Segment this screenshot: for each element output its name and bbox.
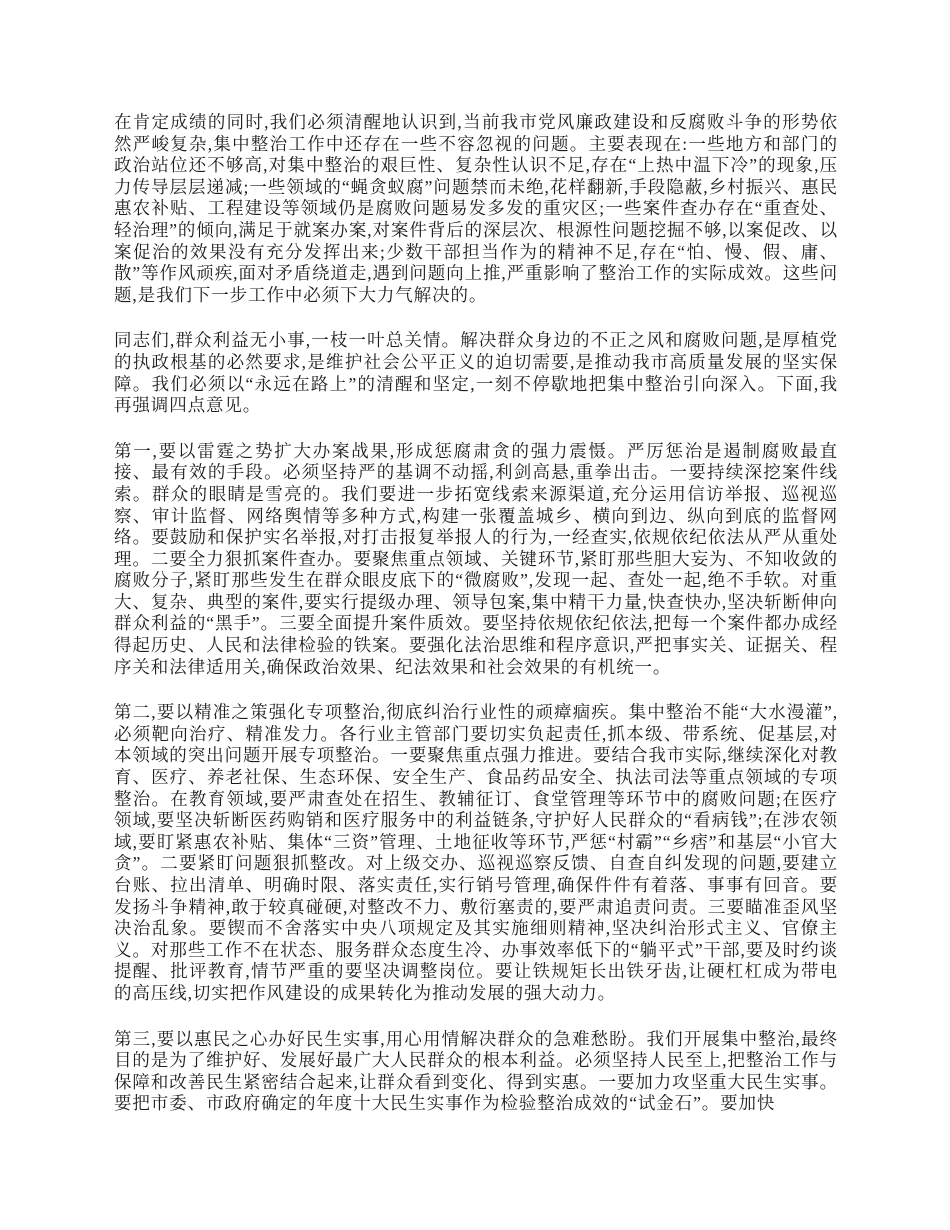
paragraph-point-one-case-handling: 第一,要以雷霆之势扩大办案战果,形成惩腐肃贪的强力震慑。严厉惩治是遏制腐败最直接…: [114, 441, 838, 679]
paragraph-point-three-livelihood: 第三,要以惠民之心办好民生实事,用心用情解决群众的急难愁盼。我们开展集中整治,最…: [114, 1029, 838, 1115]
paragraph-comrades-transition: 同志们,群众利益无小事,一枝一叶总关情。解决群众身边的不正之风和腐败问题,是厚植…: [114, 330, 838, 416]
paragraph-problems-overview: 在肯定成绩的同时,我们必须清醒地认识到,当前我市党风廉政建设和反腐败斗争的形势依…: [114, 112, 838, 306]
paragraph-point-two-special-rectification: 第二,要以精准之策强化专项整治,彻底纠治行业性的顽瘴痼疾。集中整治不能“大水漫灌…: [114, 702, 838, 1004]
document-page: 在肯定成绩的同时,我们必须清醒地认识到,当前我市党风廉政建设和反腐败斗争的形势依…: [0, 0, 950, 1230]
